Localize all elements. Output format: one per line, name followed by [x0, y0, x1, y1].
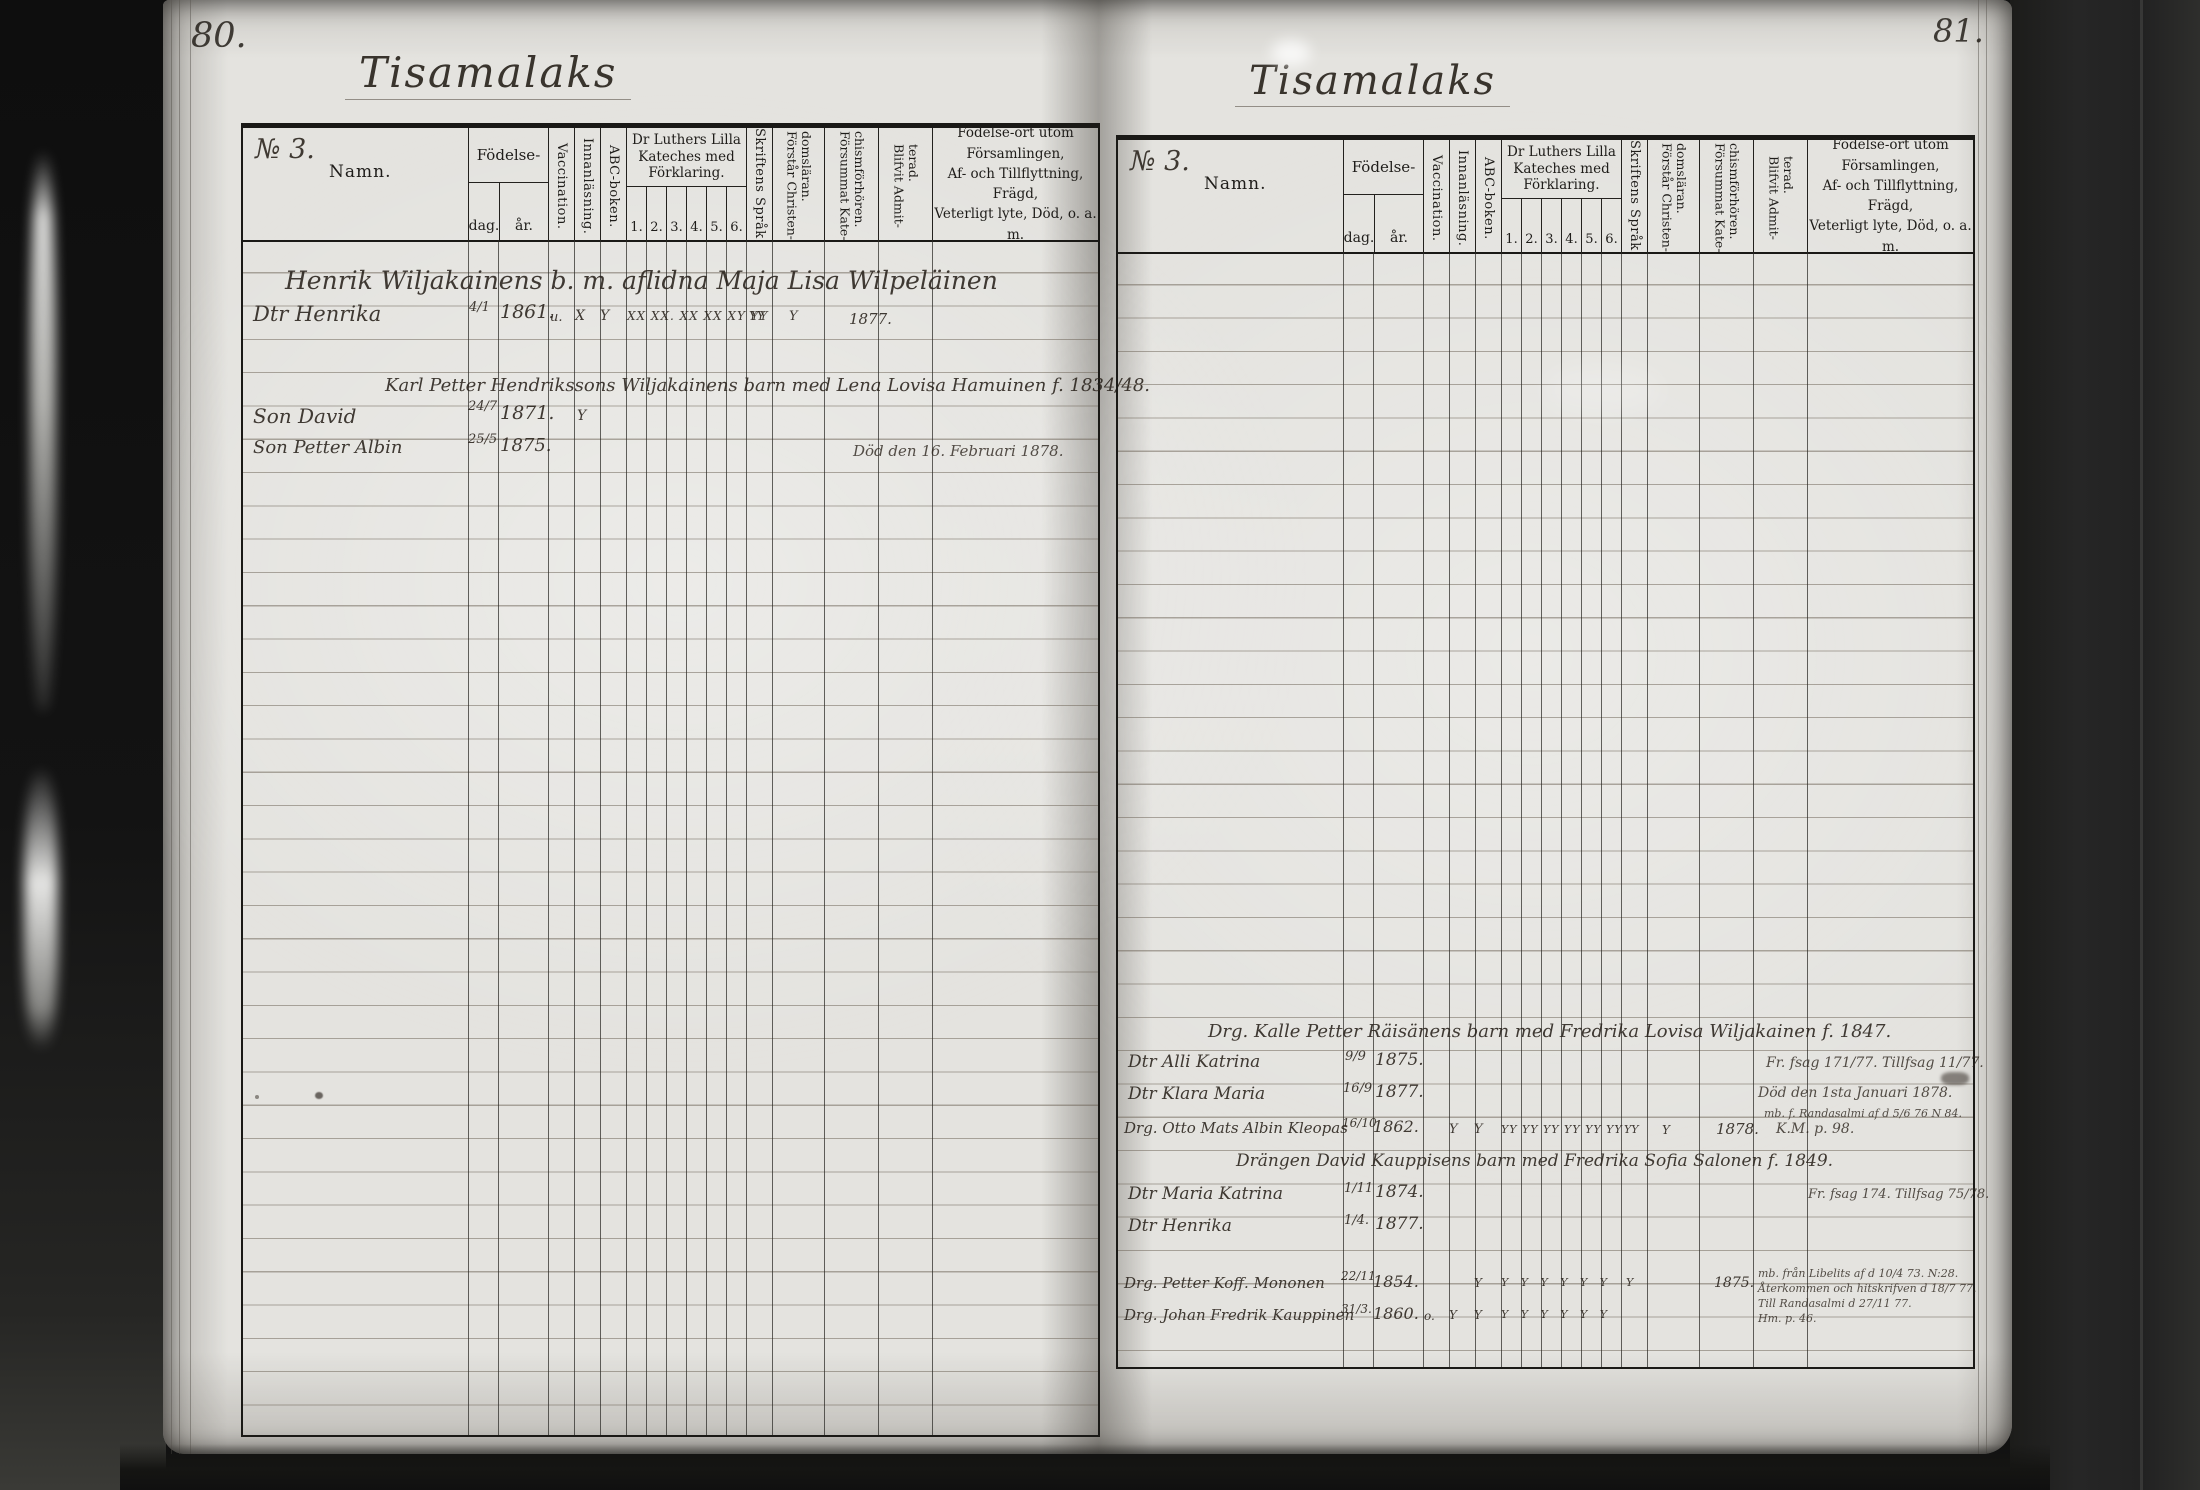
- catechism-title: Dr Luthers Lilla Kateches med Förklaring…: [632, 128, 741, 186]
- entry-note: Hm. p. 46.: [1758, 1313, 1817, 1324]
- catechism-col-5: 5.: [1581, 199, 1601, 252]
- table-header-right: № 3. Namn. Födelse- dag. år. Vaccination…: [1118, 140, 1973, 254]
- entry-catechism-marks: Y Y Y Y Y Y: [1501, 1309, 1607, 1320]
- entry-birth-day: 1/11: [1344, 1182, 1373, 1195]
- catechism-col-6: 6.: [1601, 199, 1621, 252]
- header-cell-abc: ABC-boken.: [600, 128, 626, 240]
- entry-reading-mark: X: [575, 309, 585, 323]
- col-understands-label: Förstår Christen- domsläran.: [784, 127, 813, 240]
- entry-admitted-year: 1878.: [1716, 1122, 1759, 1137]
- catechism-line1: Dr Luthers Lilla: [1507, 144, 1616, 161]
- entry-catechism-marks: Y Y Y Y Y Y: [1501, 1277, 1607, 1288]
- header-cell-reading: Innanläsning.: [574, 128, 600, 240]
- col-vaccination-label: Vaccination.: [1429, 151, 1444, 242]
- catechism-col-4: 4.: [686, 187, 706, 240]
- header-cell-admitted: Blifvit Admit- terad.: [878, 128, 932, 240]
- entry-scripture-mark: YY: [749, 310, 765, 322]
- entry-admitted-year: 1877.: [849, 312, 892, 327]
- col-reading-label: Innanläsning.: [580, 134, 595, 234]
- entry-name: Drg. Johan Fredrik Kauppinen: [1124, 1308, 1354, 1323]
- entry-catechism-marks: XX XX. XX XX XY YY: [627, 310, 769, 322]
- catechism-col-1: 1.: [627, 187, 646, 240]
- scan-glare-spot: [1543, 365, 1663, 415]
- col-name-label: Namn.: [329, 162, 391, 182]
- entry-family-heading: Drg. Kalle Petter Räisänens barn med Fre…: [1208, 1023, 1891, 1041]
- entry-family-heading: Karl Petter Hendrikssons Wiljakainens ba…: [385, 377, 1150, 395]
- header-cell-reading: Innanläsning.: [1449, 140, 1475, 252]
- col-birth-year: år.: [499, 183, 548, 240]
- entry-vaccination-mark: u.: [550, 311, 563, 324]
- entry-reading-mark: Y: [1449, 1309, 1457, 1321]
- col-birth-label: Födelse-: [477, 128, 541, 182]
- entry-understands-mark: Y: [789, 310, 798, 323]
- entry-note: Fr. fsag 174. Tillfsag 75/78.: [1808, 1188, 1989, 1201]
- right-page-number: 81.: [1933, 12, 1984, 50]
- entry-birth-day: 16/10: [1342, 1117, 1377, 1129]
- stain-mark: [315, 1092, 323, 1099]
- entry-note: Återkommen och hitskrifven d 18/7 77.: [1758, 1283, 1976, 1294]
- col-reading-label: Innanläsning.: [1455, 146, 1470, 246]
- col-scripture-label: Skriftens Språk.: [752, 124, 767, 243]
- entry-admitted-year: 1875.: [1714, 1276, 1754, 1290]
- entry-reading-mark: Y: [577, 409, 586, 423]
- notes-label-line3: Veterligt lyte, Död, o. a. m.: [933, 204, 1098, 245]
- page-stack-edge: [179, 0, 180, 1454]
- header-cell-understands: Förstår Christen- domsläran.: [1647, 140, 1699, 252]
- catechism-col-4: 4.: [1561, 199, 1581, 252]
- entry-vaccination-mark: o.: [1424, 1310, 1435, 1322]
- catechism-col-2: 2.: [1521, 199, 1541, 252]
- entry-birth-year: 1875.: [500, 437, 552, 455]
- catechism-line3: Förklaring.: [1523, 177, 1599, 194]
- catechism-col-6: 6.: [726, 187, 746, 240]
- entry-birth-year: 1860.: [1373, 1306, 1419, 1322]
- entry-birth-day: 4/1: [469, 301, 490, 314]
- catechism-col-2: 2.: [646, 187, 666, 240]
- entry-abc-mark: Y: [1474, 1123, 1483, 1136]
- col-birth-day: dag.: [469, 183, 499, 240]
- right-page-title: Tisamalaks: [1235, 58, 1510, 107]
- entry-note: Fr. fsag 171/77. Tillfsag 11/77.: [1766, 1056, 1984, 1070]
- notes-label-line3: Veterligt lyte, Död, o. a. m.: [1808, 216, 1973, 257]
- col-abc-label: ABC-boken.: [606, 141, 621, 228]
- page-stack-edge: [1978, 0, 1979, 1454]
- entry-number-label: № 3.: [255, 136, 315, 163]
- film-edge-left: [0, 0, 166, 1490]
- entry-scripture-mark: YY: [1624, 1124, 1639, 1135]
- entry-name: Son Petter Albin: [253, 439, 403, 457]
- entry-birth-year: 1875.: [1375, 1052, 1424, 1069]
- birth-subheader: dag. år.: [1344, 194, 1423, 252]
- entry-death-note: Död den 1sta Januari 1878.: [1758, 1086, 1952, 1100]
- entry-reading-mark: Y: [1449, 1123, 1458, 1136]
- header-cell-vaccination: Vaccination.: [1423, 140, 1449, 252]
- notes-label-line1: Födelse-ort utom Församlingen,: [933, 123, 1098, 164]
- header-cell-abc: ABC-boken.: [1475, 140, 1501, 252]
- entry-note: K.M. p. 98.: [1776, 1122, 1854, 1136]
- entry-family-heading: Henrik Wiljakainens b. m. aflidna Maja L…: [285, 268, 998, 293]
- entry-note: Till Randasalmi d 27/11 77.: [1758, 1298, 1912, 1309]
- page-stack-edge: [171, 0, 172, 1454]
- col-admitted-label: Blifvit Admit- terad.: [1766, 152, 1795, 240]
- page-stack-edge: [1986, 0, 1987, 1454]
- catechism-line2: Kateches med: [1513, 161, 1609, 178]
- header-cell-birth: Födelse- dag. år.: [1343, 140, 1423, 252]
- record-table-left: № 3. Namn. Födelse- dag. år. Vaccination…: [241, 123, 1100, 1437]
- catechism-subcolumns: 1. 2. 3. 4. 5. 6.: [1502, 198, 1621, 252]
- catechism-subcolumns: 1. 2. 3. 4. 5. 6.: [627, 186, 746, 240]
- entry-name: Drg. Petter Koff. Mononen: [1124, 1276, 1325, 1291]
- left-page-title: Tisamalaks: [345, 48, 631, 100]
- catechism-line3: Förklaring.: [648, 165, 724, 182]
- entry-birth-year: 1862.: [1373, 1119, 1419, 1135]
- header-cell-missed: Försummat Kate- chismförhören.: [824, 128, 878, 240]
- col-admitted-label: Blifvit Admit- terad.: [891, 140, 920, 228]
- entry-birth-day: 31/3.: [1341, 1303, 1372, 1315]
- col-scripture-label: Skriftens Språk.: [1627, 136, 1642, 255]
- catechism-title: Dr Luthers Lilla Kateches med Förklaring…: [1507, 140, 1616, 198]
- catechism-col-3: 3.: [1541, 199, 1561, 252]
- catechism-line2: Kateches med: [638, 149, 734, 166]
- col-understands-label: Förstår Christen- domsläran.: [1659, 139, 1688, 252]
- entry-birth-day: 24/7: [468, 400, 497, 413]
- entry-name: Dtr Henrika: [253, 304, 381, 325]
- catechism-line1: Dr Luthers Lilla: [632, 132, 741, 149]
- scanned-church-record: 80. 81. Tisamalaks Tisamalaks № 3. Namn.…: [0, 0, 2200, 1490]
- col-birth-year: år.: [1374, 195, 1423, 252]
- header-cell-scripture: Skriftens Språk.: [746, 128, 772, 240]
- header-cell-understands: Förstår Christen- domsläran.: [772, 128, 824, 240]
- header-cell-missed: Försummat Kate- chismförhören.: [1699, 140, 1753, 252]
- ink-blot: [1941, 1072, 1969, 1085]
- entry-birth-day: 1/4.: [1344, 1214, 1369, 1227]
- col-vaccination-label: Vaccination.: [554, 139, 569, 230]
- entry-death-note: Död den 16. Februari 1878.: [853, 444, 1063, 459]
- header-cell-catechism: Dr Luthers Lilla Kateches med Förklaring…: [1501, 140, 1621, 252]
- header-cell-name: № 3. Namn.: [1118, 140, 1343, 252]
- entry-understands-mark: Y: [1662, 1124, 1670, 1136]
- col-abc-label: ABC-boken.: [1481, 153, 1496, 240]
- entry-abc-mark: Y: [1474, 1309, 1482, 1321]
- table-header-left: № 3. Namn. Födelse- dag. år. Vaccination…: [243, 128, 1098, 242]
- page-stack-edge: [190, 0, 191, 1454]
- table-body-left: [243, 240, 1098, 1435]
- entry-name: Drg. Otto Mats Albin Kleopas: [1124, 1121, 1348, 1136]
- entry-note: mb. från Libelits af d 10/4 73. N:28.: [1758, 1268, 1958, 1279]
- scan-glare-spot: [1271, 40, 1311, 66]
- header-cell-scripture: Skriftens Språk.: [1621, 140, 1647, 252]
- notes-label-line2: Af- och Tillflyttning, Frägd,: [1808, 176, 1973, 217]
- col-missed-label: Försummat Kate- chismförhören.: [1712, 139, 1741, 253]
- entry-name: Dtr Alli Katrina: [1128, 1054, 1260, 1071]
- entry-abc-mark: Y: [1474, 1277, 1482, 1289]
- left-page-number: 80.: [191, 16, 247, 56]
- entry-name: Dtr Klara Maria: [1128, 1086, 1265, 1103]
- entry-family-heading: Drängen David Kauppisens barn med Fredri…: [1236, 1153, 1833, 1170]
- header-cell-catechism: Dr Luthers Lilla Kateches med Förklaring…: [626, 128, 746, 240]
- catechism-col-3: 3.: [666, 187, 686, 240]
- entry-birth-day: 22/11: [1341, 1270, 1376, 1282]
- notes-label-line1: Födelse-ort utom Församlingen,: [1808, 135, 1973, 176]
- entry-birth-day: 9/9: [1345, 1050, 1366, 1063]
- header-cell-vaccination: Vaccination.: [548, 128, 574, 240]
- entry-scripture-mark: Y: [1626, 1277, 1633, 1288]
- header-cell-admitted: Blifvit Admit- terad.: [1753, 140, 1807, 252]
- header-cell-notes: Födelse-ort utom Församlingen, Af- och T…: [1807, 140, 1973, 252]
- film-edge-bottom: [120, 1444, 2050, 1490]
- header-cell-birth: Födelse- dag. år.: [468, 128, 548, 240]
- notes-label-line2: Af- och Tillflyttning, Frägd,: [933, 164, 1098, 205]
- entry-name: Dtr Maria Katrina: [1128, 1186, 1283, 1203]
- header-cell-notes: Födelse-ort utom Församlingen, Af- och T…: [932, 128, 1098, 240]
- col-name-label: Namn.: [1204, 174, 1266, 194]
- col-birth-day: dag.: [1344, 195, 1374, 252]
- stain-mark: [255, 1095, 259, 1099]
- entry-birth-year: 1861.: [500, 303, 554, 322]
- entry-name: Dtr Henrika: [1128, 1218, 1232, 1235]
- entry-catechism-marks: YY YY YY YY YY YY: [1501, 1124, 1623, 1135]
- header-cell-name: № 3. Namn.: [243, 128, 468, 240]
- open-book-spread: 80. 81. Tisamalaks Tisamalaks № 3. Namn.…: [163, 0, 2012, 1454]
- birth-subheader: dag. år.: [469, 182, 548, 240]
- record-table-right: № 3. Namn. Födelse- dag. år. Vaccination…: [1116, 135, 1975, 1369]
- film-scratch-streak: [30, 150, 56, 710]
- col-birth-label: Födelse-: [1352, 140, 1416, 194]
- entry-number-label: № 3.: [1130, 148, 1190, 175]
- film-edge-right: [2010, 0, 2200, 1490]
- catechism-col-1: 1.: [1502, 199, 1521, 252]
- entry-birth-year: 1854.: [1373, 1274, 1419, 1290]
- entry-birth-year: 1874.: [1375, 1184, 1424, 1201]
- entry-birth-year: 1871.: [500, 404, 554, 423]
- entry-birth-day: 25/5: [468, 433, 497, 446]
- entry-name: Son David: [253, 406, 356, 426]
- entry-birth-day: 16/9: [1343, 1082, 1372, 1095]
- catechism-col-5: 5.: [706, 187, 726, 240]
- entry-birth-year: 1877.: [1375, 1216, 1424, 1233]
- entry-abc-mark: Y: [600, 309, 609, 323]
- entry-note: mb. f. Randasalmi af d 5/6 76 N 84.: [1764, 1108, 1962, 1119]
- film-scratch-streak: [24, 770, 58, 1050]
- entry-birth-year: 1877.: [1375, 1084, 1424, 1101]
- col-missed-label: Försummat Kate- chismförhören.: [837, 127, 866, 241]
